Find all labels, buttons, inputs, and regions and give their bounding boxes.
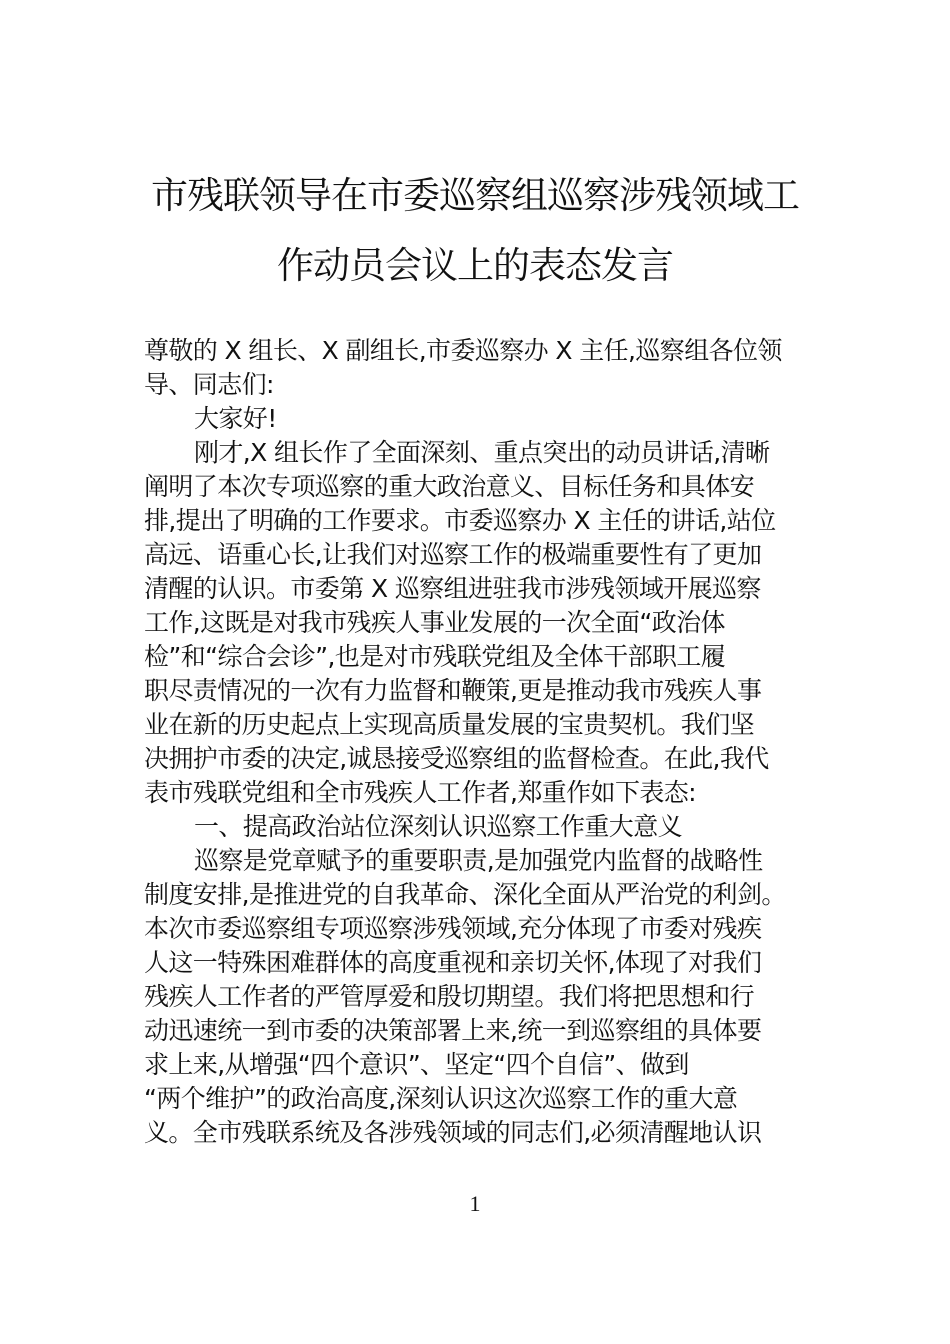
body-text-line: 排,提出了明确的工作要求。市委巡察办 X 主任的讲话,站位 xyxy=(144,504,824,538)
body-text-line: 人这一特殊困难群体的高度重视和亲切关怀,体现了对我们 xyxy=(144,946,824,980)
body-text-line: “两个维护”的政治高度,深刻认识这次巡察工作的重大意 xyxy=(144,1082,824,1116)
body-text-line: 阐明了本次专项巡察的重大政治意义、目标任务和具体安 xyxy=(144,470,824,504)
body-text-line: 高远、语重心长,让我们对巡察工作的极端重要性有了更加 xyxy=(144,538,824,572)
body-text-line: 残疾人工作者的严管厚爱和殷切期望。我们将把思想和行 xyxy=(144,980,824,1014)
body-text-line: 职尽责情况的一次有力监督和鞭策,更是推动我市残疾人事 xyxy=(144,674,824,708)
body-text-line: 检”和“综合会诊”,也是对市残联党组及全体干部职工履 xyxy=(144,640,824,674)
page-number: 1 xyxy=(0,1190,950,1218)
body-text-line: 本次市委巡察组专项巡察涉残领域,充分体现了市委对残疾 xyxy=(144,912,824,946)
document-title-line-2: 作动员会议上的表态发言 xyxy=(0,246,950,286)
body-text-line: 巡察是党章赋予的重要职责,是加强党内监督的战略性 xyxy=(144,844,824,878)
body-text-line: 尊敬的 X 组长、X 副组长,市委巡察办 X 主任,巡察组各位领 xyxy=(144,334,824,368)
body-text-line: 工作,这既是对我市残疾人事业发展的一次全面“政治体 xyxy=(144,606,824,640)
document-title-line-1: 市残联领导在市委巡察组巡察涉残领域工 xyxy=(0,176,950,216)
body-text-line: 表市残联党组和全市残疾人工作者,郑重作如下表态: xyxy=(144,776,824,810)
document-page: 市残联领导在市委巡察组巡察涉残领域工 作动员会议上的表态发言 尊敬的 X 组长、… xyxy=(0,0,950,1344)
body-text-line: 制度安排,是推进党的自我革命、深化全面从严治党的利剑。 xyxy=(144,878,824,912)
body-text-line: 导、同志们: xyxy=(144,368,824,402)
body-text-line: 业在新的历史起点上实现高质量发展的宝贵契机。我们坚 xyxy=(144,708,824,742)
document-body: 尊敬的 X 组长、X 副组长,市委巡察办 X 主任,巡察组各位领导、同志们:大家… xyxy=(144,334,824,1150)
body-text-line: 义。全市残联系统及各涉残领域的同志们,必须清醒地认识 xyxy=(144,1116,824,1150)
body-text-line: 一、提高政治站位深刻认识巡察工作重大意义 xyxy=(144,810,824,844)
body-text-line: 刚才,X 组长作了全面深刻、重点突出的动员讲话,清晰 xyxy=(144,436,824,470)
body-text-line: 决拥护市委的决定,诚恳接受巡察组的监督检查。在此,我代 xyxy=(144,742,824,776)
body-text-line: 清醒的认识。市委第 X 巡察组进驻我市涉残领域开展巡察 xyxy=(144,572,824,606)
body-text-line: 大家好! xyxy=(144,402,824,436)
body-text-line: 动迅速统一到市委的决策部署上来,统一到巡察组的具体要 xyxy=(144,1014,824,1048)
body-text-line: 求上来,从增强“四个意识”、坚定“四个自信”、做到 xyxy=(144,1048,824,1082)
